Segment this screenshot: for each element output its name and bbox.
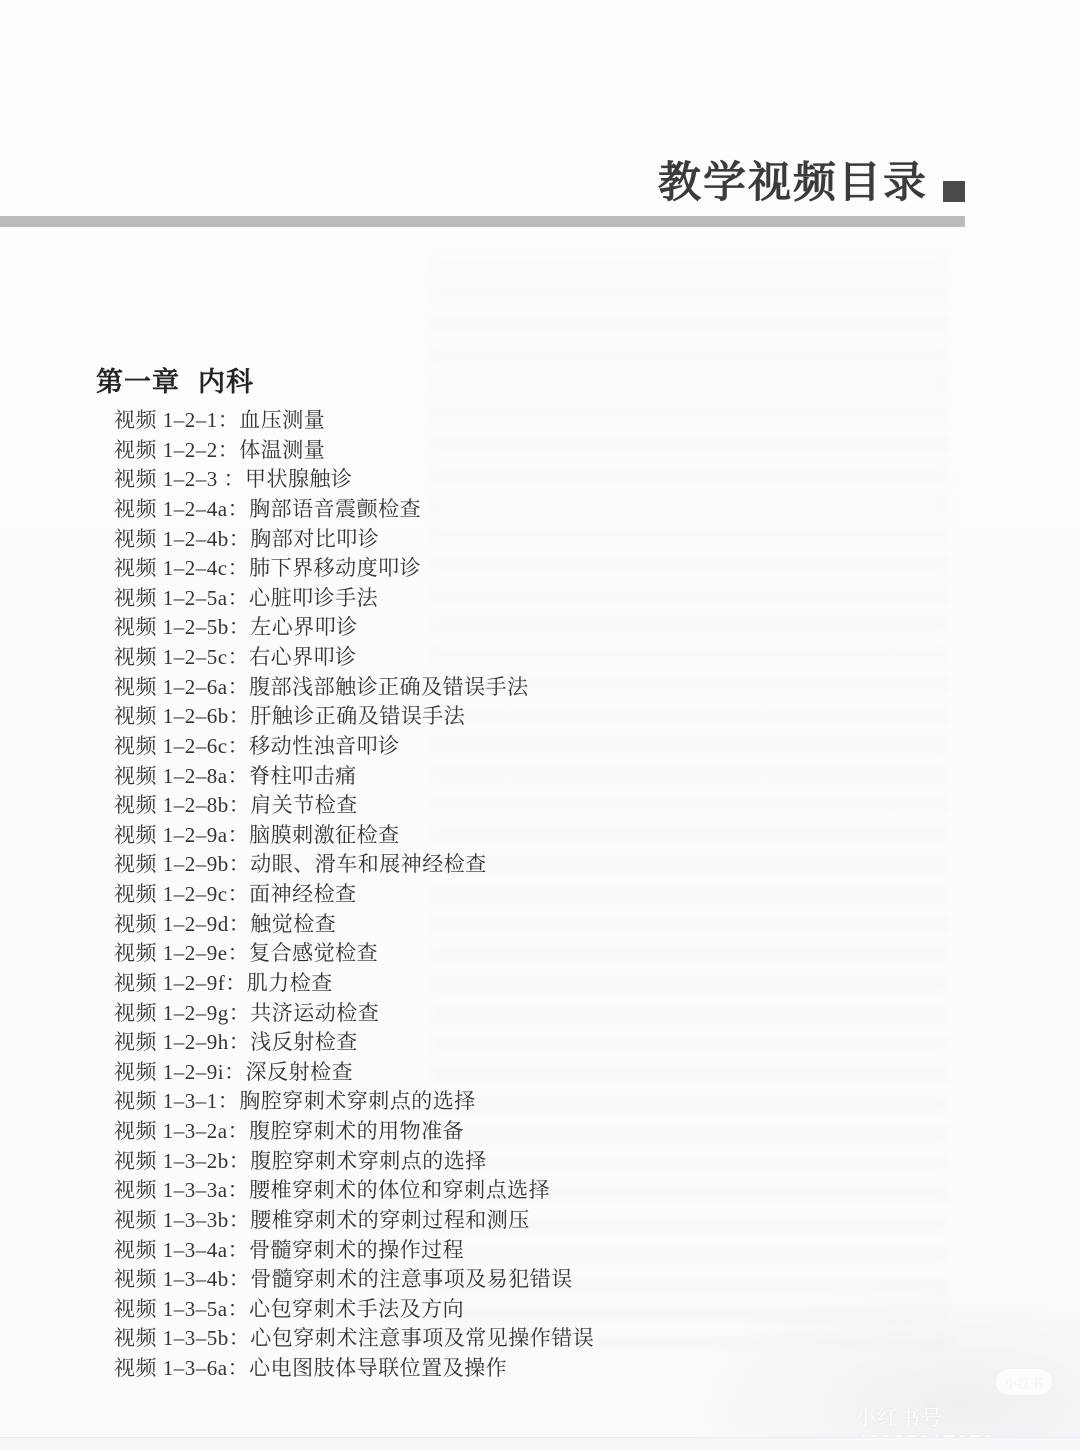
toc-entry: 视频 1–2–8a：脊柱叩击痛 (114, 762, 594, 792)
toc-entry: 视频 1–2–6a：腹部浅部触诊正确及错误手法 (114, 673, 594, 703)
toc-entry: 视频 1–2–6b：肝触诊正确及错误手法 (114, 702, 594, 732)
toc-entry: 视频 1–2–9d：触觉检查 (114, 910, 594, 940)
toc-entry: 视频 1–3–5a：心包穿刺术手法及方向 (114, 1295, 594, 1325)
toc-entry: 视频 1–3–4b：骨髓穿刺术的注意事项及易犯错误 (114, 1265, 594, 1295)
toc-entry: 视频 1–2–4a：胸部语音震颤检查 (114, 495, 594, 525)
toc-entry: 视频 1–2–1：血压测量 (114, 406, 594, 436)
xiaohongshu-badge: 小红书 (995, 1368, 1053, 1396)
toc-entry: 视频 1–2–5b：左心界叩诊 (114, 613, 594, 643)
toc-entry: 视频 1–2–9a：脑膜刺激征检查 (114, 821, 594, 851)
toc-entry: 视频 1–2–5a：心脏叩诊手法 (114, 584, 594, 614)
toc-entry: 视频 1–2–8b：肩关节检查 (114, 791, 594, 821)
toc-entry: 视频 1–2–6c：移动性浊音叩诊 (114, 732, 594, 762)
toc-entry: 视频 1–2–3 ：甲状腺触诊 (114, 465, 594, 495)
toc-entry: 视频 1–2–2：体温测量 (114, 436, 594, 466)
header-rule (0, 216, 965, 227)
toc-entry: 视频 1–3–6a：心电图肢体导联位置及操作 (114, 1354, 594, 1384)
toc-entry: 视频 1–2–9h：浅反射检查 (114, 1028, 594, 1058)
toc-entry: 视频 1–2–5c：右心界叩诊 (114, 643, 594, 673)
toc-entry: 视频 1–2–4b：胸部对比叩诊 (114, 525, 594, 555)
page-header: 教学视频目录 (658, 160, 965, 206)
page-bottom-edge (0, 1437, 1080, 1450)
toc-entry: 视频 1–2–9e：复合感觉检查 (114, 939, 594, 969)
chapter-heading: 第一章内科 (96, 360, 254, 399)
toc-entry: 视频 1–2–9i：深反射检查 (114, 1058, 594, 1088)
toc-entry: 视频 1–3–3b：腰椎穿刺术的穿刺过程和测压 (114, 1206, 594, 1236)
toc-entry: 视频 1–3–2a：腹腔穿刺术的用物准备 (114, 1117, 594, 1147)
black-square-icon (943, 181, 965, 202)
toc-entry: 视频 1–3–2b：腹腔穿刺术穿刺点的选择 (114, 1147, 594, 1177)
toc-entry: 视频 1–2–9f：肌力检查 (114, 969, 594, 999)
chapter-number: 第一章 (96, 367, 180, 397)
toc-entry: 视频 1–2–4c：肺下界移动度叩诊 (114, 554, 594, 584)
toc-entry: 视频 1–3–4a：骨髓穿刺术的操作过程 (114, 1236, 594, 1266)
xiaohongshu-badge-label: 小红书 (1004, 1373, 1043, 1392)
toc-entry: 视频 1–2–9c：面神经检查 (114, 880, 594, 910)
toc-entry: 视频 1–3–5b：心包穿刺术注意事项及常见操作错误 (114, 1324, 594, 1354)
toc-entry: 视频 1–2–9g：共济运动检查 (114, 999, 594, 1029)
chapter-name: 内科 (198, 367, 254, 397)
toc-entry: 视频 1–3–3a：腰椎穿刺术的体位和穿刺点选择 (114, 1176, 594, 1206)
page-title: 教学视频目录 (658, 160, 928, 206)
toc-entry: 视频 1–2–9b：动眼、滑车和展神经检查 (114, 850, 594, 880)
video-toc-list: 视频 1–2–1：血压测量 视频 1–2–2：体温测量 视频 1–2–3 ：甲状… (114, 406, 594, 1384)
toc-entry: 视频 1–3–1：胸腔穿刺术穿刺点的选择 (114, 1087, 594, 1117)
